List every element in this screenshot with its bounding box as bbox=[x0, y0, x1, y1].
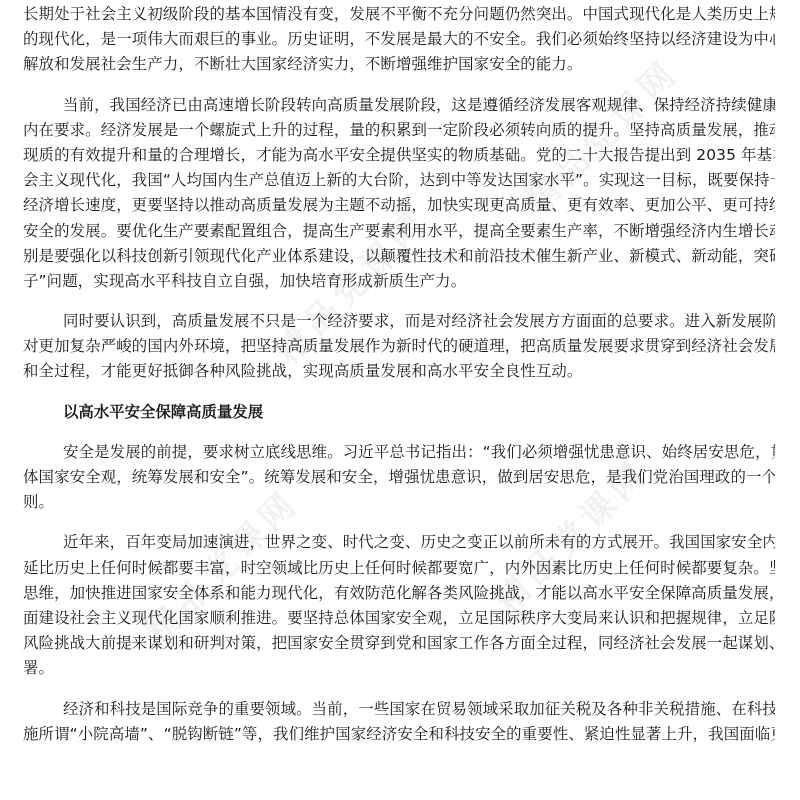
paragraph-5: 近年来，百年变局加速演进，世界之变、时代之变、历史之变正以前所未有的方式展开。我… bbox=[23, 530, 775, 681]
text-line: 长期处于社会主义初级阶段的基本国情没有变，发展不平衡不充分问题仍然突出。中国式现… bbox=[23, 2, 775, 27]
text-line: 署。 bbox=[23, 656, 775, 681]
text-line: 延比历史上任何时候都要丰富，时空领域比历史上任何时候都要宽广，内外因素比历史上任… bbox=[23, 556, 775, 581]
section-heading: 以高水平安全保障高质量发展 bbox=[23, 400, 775, 425]
text-line: 子”问题，实现高水平科技自立自强，加快培育形成新质生产力。 bbox=[23, 269, 775, 294]
text-line: 思维，加快推进国家安全体系和能力现代化，有效防范化解各类风险挑战，才能以高水平安… bbox=[23, 581, 775, 606]
text-line: 现质的有效提升和量的合理增长，才能为高水平安全提供坚实的物质基础。党的二十大报告… bbox=[23, 143, 775, 168]
text-line: 解放和发展社会生产力，不断壮大国家经济实力，不断增强维护国家安全的能力。 bbox=[23, 52, 775, 77]
text-line: 和全过程，才能更好抵御各种风险挑战，实现高质量发展和高水平安全良性互动。 bbox=[23, 359, 775, 384]
text-line: 内在要求。经济发展是一个螺旋式上升的过程，量的积累到一定阶段必须转向质的提升。坚… bbox=[23, 118, 775, 143]
text-line: 对更加复杂严峻的国内外环境，把坚持高质量发展作为新时代的硬道理，把高质量发展要求… bbox=[23, 334, 775, 359]
text-line: 安全的发展。要优化生产要素配置组合，提高生产要素利用水平，提高全要素生产率，不断… bbox=[23, 219, 775, 244]
text-line: 面建设社会主义现代化国家顺利推进。要坚持总体国家安全观，立足国际秩序大变局来认识… bbox=[23, 606, 775, 631]
text-line: 安全是发展的前提，要求树立底线思维。习近平总书记指出：“我们必须增强忧患意识、始… bbox=[23, 440, 775, 465]
text-line: 经济增长速度，更要坚持以推动高质量发展为主题不动摇，加快实现更高质量、更有效率、… bbox=[23, 193, 775, 218]
paragraph-6: 经济和科技是国际竞争的重要领域。当前，一些国家在贸易领域采取加征关税及各种非关税… bbox=[23, 697, 775, 747]
text-line: 当前，我国经济已由高速增长阶段转向高质量发展阶段，这是遵循经济发展客观规律、保持… bbox=[23, 93, 775, 118]
text-line: 的现代化，是一项伟大而艰巨的事业。历史证明，不发展是最大的不安全。我们必须始终坚… bbox=[23, 27, 775, 52]
text-line: 体国家安全观，统筹发展和安全”。统筹发展和安全，增强忧患意识，做到居安思危，是我… bbox=[23, 465, 775, 490]
paragraph-2: 当前，我国经济已由高速增长阶段转向高质量发展阶段，这是遵循经济发展客观规律、保持… bbox=[23, 93, 775, 295]
text-line: 经济和科技是国际竞争的重要领域。当前，一些国家在贸易领域采取加征关税及各种非关税… bbox=[23, 697, 775, 722]
document-page: 长期处于社会主义初级阶段的基本国情没有变，发展不平衡不充分问题仍然突出。中国式现… bbox=[23, 2, 775, 762]
text-line: 则。 bbox=[23, 490, 775, 515]
paragraph-4: 安全是发展的前提，要求树立底线思维。习近平总书记指出：“我们必须增强忧患意识、始… bbox=[23, 440, 775, 516]
text-line: 施所谓“小院高墙”、“脱钩断链”等，我们维护国家经济安全和科技安全的重要性、紧迫… bbox=[23, 722, 775, 747]
text-line: 别是要强化以科技创新引领现代化产业体系建设，以颠覆性技术和前沿技术催生新产业、新… bbox=[23, 244, 775, 269]
text-line: 会主义现代化，我国“人均国内生产总值迈上新的大台阶，达到中等发达国家水平”。实现… bbox=[23, 168, 775, 193]
text-line: 近年来，百年变局加速演进，世界之变、时代之变、历史之变正以前所未有的方式展开。我… bbox=[23, 530, 775, 555]
paragraph-3: 同时要认识到，高质量发展不只是一个经济要求，而是对经济社会发展方方面面的总要求。… bbox=[23, 309, 775, 385]
paragraph-1: 长期处于社会主义初级阶段的基本国情没有变，发展不平衡不充分问题仍然突出。中国式现… bbox=[23, 2, 775, 78]
text-line: 风险挑战大前提来谋划和研判对策，把国家安全贯穿到党和国家工作各方面全过程，同经济… bbox=[23, 631, 775, 656]
text-line: 同时要认识到，高质量发展不只是一个经济要求，而是对经济社会发展方方面面的总要求。… bbox=[23, 309, 775, 334]
